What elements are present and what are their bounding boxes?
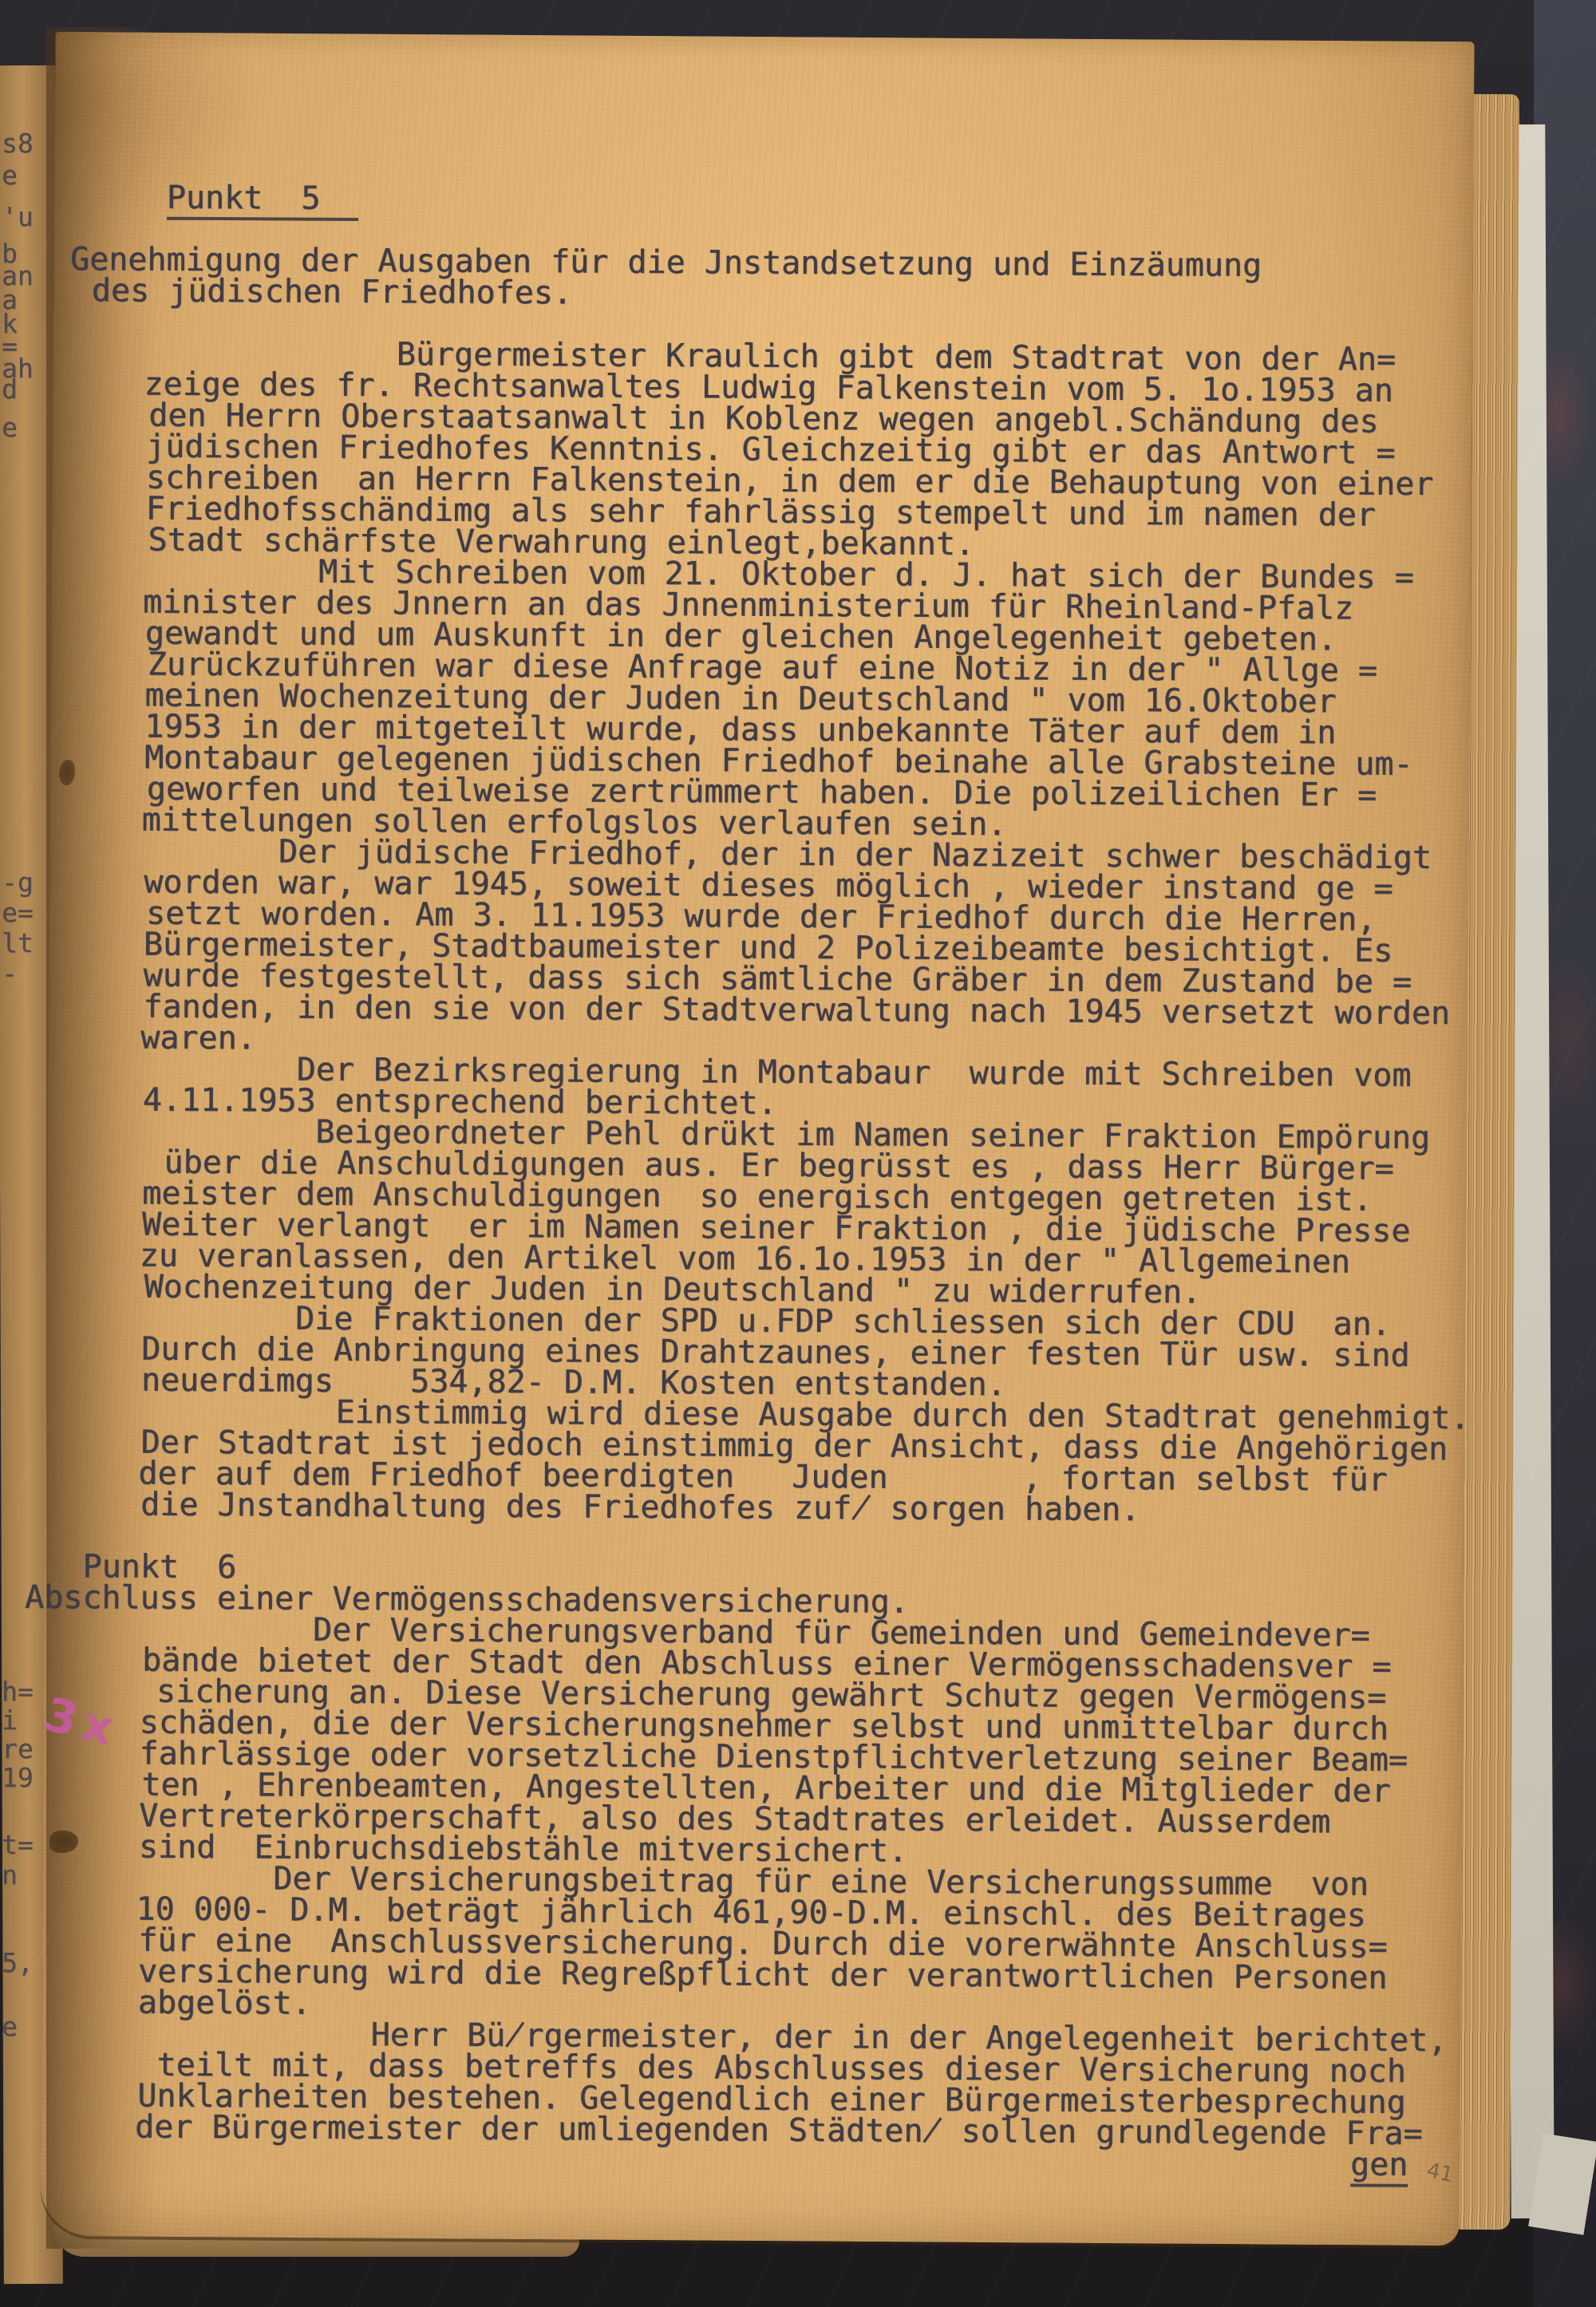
document-line: ten , Ehrenbeamten, Angestellten, Arbeit… (26, 1769, 1543, 1808)
document-line: über die Anschuldigungen aus. Er begrüss… (30, 1147, 1546, 1186)
underlined-text: Punkt 5 (167, 180, 359, 221)
document-line: den Herrn Oberstaatsanwalt in Koblenz we… (34, 400, 1550, 439)
document-line: Einstimmig wird diese Ausgabe durch den … (28, 1396, 1544, 1435)
edge-text-fragment: e (2, 412, 18, 443)
edge-text-fragment: s8 (2, 128, 34, 159)
typewriter-text: Punkt 5 Genehmigung der Ausgaben für die… (22, 182, 1548, 2182)
scanned-document-photo: s8e'ubanak=ahde-ge=lt-h=ire19t=n5,e Punk… (0, 0, 1596, 2307)
document-line: setzt worden. Am 3. 11.1953 wurde der Fr… (30, 898, 1547, 937)
edge-text-fragment: n (2, 1859, 18, 1890)
edge-text-fragment: e (2, 2011, 18, 2042)
edge-text-fragment: i (2, 1705, 18, 1736)
document-line: der auf dem Friedhof beerdigten Juden , … (23, 1458, 1539, 1497)
document-line: Zurückzuführen war diese Anfrage auf ein… (32, 649, 1548, 688)
document-line: 10 000- D.M. beträgt jährlich 461,90-D.M… (21, 1894, 1537, 1933)
edge-text-fragment: - (2, 958, 18, 989)
underlined-text: gen (1350, 2146, 1408, 2187)
edge-text-fragment: d (2, 373, 18, 405)
edge-text-fragment: 'u (2, 201, 34, 232)
document-line: Herr Bü̸rgermeister, der in der Angelege… (25, 2018, 1541, 2057)
document-line: gen (24, 2143, 1540, 2182)
document-line: minister des Jnnern an das Jnnenminister… (27, 587, 1543, 626)
edge-text-fragment: e (2, 160, 18, 191)
document-line: sicherung an. Diese Versicherung gewährt… (22, 1676, 1538, 1715)
corner-pencil-mark: 41 (1424, 2159, 1456, 2187)
